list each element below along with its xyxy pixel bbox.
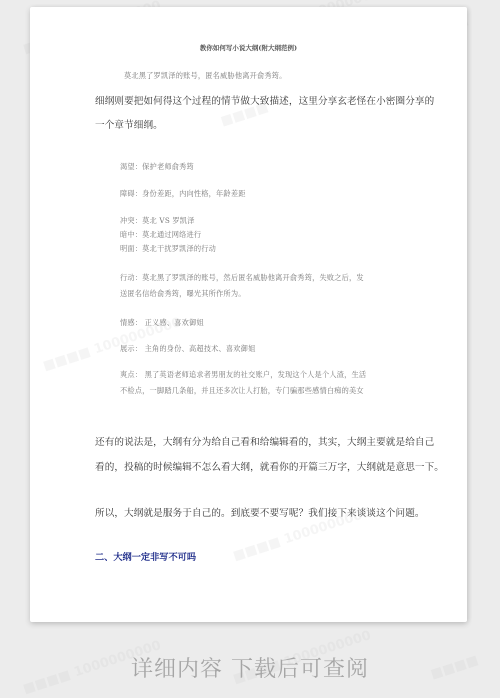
- outline-conflict: 冲突：莫北 VS 罗凯泽: [120, 216, 195, 226]
- section-heading: 二、大纲一定非写不可吗: [95, 549, 196, 563]
- paragraph-1-line-2: 一个章节细纲。: [95, 117, 163, 131]
- document-title: 教你如何写小说大纲(附大纲范例): [30, 43, 467, 52]
- outline-highlight-line-2: 不检点，一脚踏几条船，并且还多次让人打胎，专门骗那些感情白痴的美女: [120, 386, 364, 396]
- paragraph-3: 所以，大纲就是服务于自己的。到底要不要写呢？我们接下来谈谈这个问题。: [95, 505, 425, 519]
- paragraph-2-line-2: 看的，投稿的时候编辑不怎么看大纲，就看你的开篇三万字，大纲就是意思一下。: [95, 459, 444, 473]
- paragraph-1-line-1: 细纲则要把如何得这个过程的情节做大致描述，这里分享玄老怪在小密圈分享的: [95, 93, 434, 107]
- outline-highlight-line-1: 爽点： 黑了英语老师追求者男朋友的社交账户，发现这个人是个人渣，生活: [120, 370, 366, 380]
- outline-obstacle: 障碍：身份差距，内向性格，年龄差距: [120, 189, 246, 199]
- document-page: 教你如何写小说大纲(附大纲范例) 莫北黑了罗凯泽的账号，匿名威胁他离开俞秀筠。 …: [30, 7, 467, 622]
- outline-hidden: 暗中：莫北通过网络进行: [120, 230, 201, 240]
- outline-action-line-1: 行动：莫北黑了罗凯泽的账号，然后匿名威胁他离开俞秀筠，失败之后，发: [120, 273, 364, 283]
- download-prompt: 详细内容 下载后可查阅: [0, 652, 500, 683]
- outline-open: 明面：莫北干扰罗凯泽的行动: [120, 244, 216, 254]
- outline-desire: 渴望：保护老师俞秀筠: [120, 162, 194, 172]
- outline-action-line-2: 送匿名信给俞秀筠，曝光其所作所为。: [120, 289, 246, 299]
- outline-display: 展示： 主角的身份、高超技术、喜欢御姐: [120, 344, 255, 354]
- outline-emotion: 情感： 正义感、喜欢御姐: [120, 318, 204, 328]
- intro-line: 莫北黑了罗凯泽的账号，匿名威胁他离开俞秀筠。: [124, 71, 287, 81]
- paragraph-2-line-1: 还有的说法是，大纲有分为给自己看和给编辑看的，其实，大纲主要就是给自己: [95, 434, 434, 448]
